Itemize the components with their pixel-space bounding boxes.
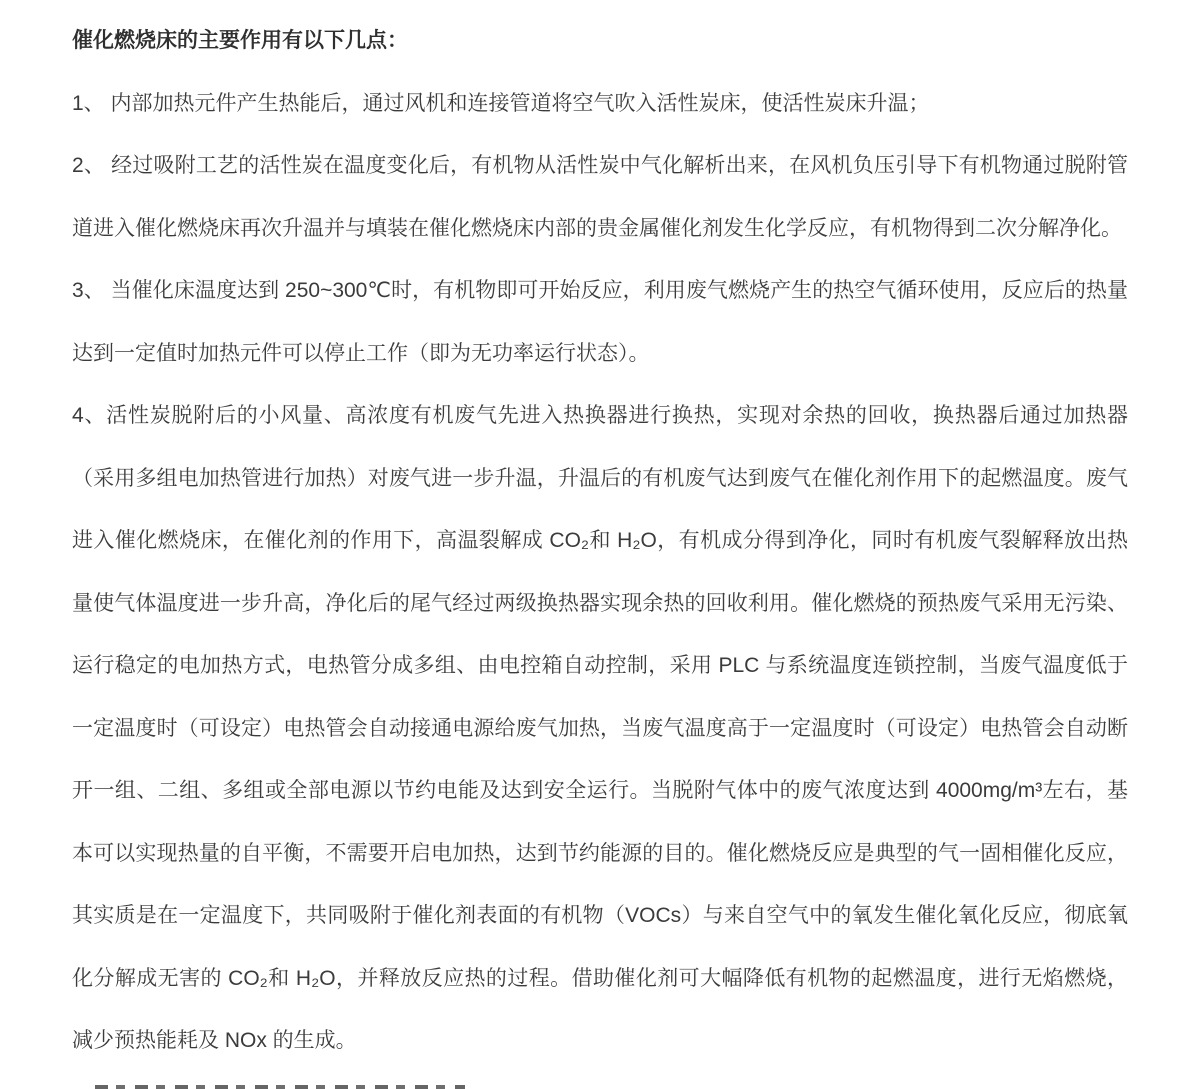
paragraph-item-4: 4、活性炭脱附后的小风量、高浓度有机废气先进入热换器进行换热，实现对余热的回收，… [72, 385, 1128, 1073]
document-title: 催化燃烧床的主要作用有以下几点： [72, 10, 1128, 73]
document-page: 催化燃烧床的主要作用有以下几点： 1、 内部加热元件产生热能后，通过风机和连接管… [0, 0, 1200, 1089]
cutoff-next-line-fragment [95, 1085, 465, 1089]
paragraph-item-1: 1、 内部加热元件产生热能后，通过风机和连接管道将空气吹入活性炭床，使活性炭床升… [72, 73, 1128, 136]
paragraph-item-2: 2、 经过吸附工艺的活性炭在温度变化后，有机物从活性炭中气化解析出来，在风机负压… [72, 135, 1128, 260]
paragraph-item-3: 3、 当催化床温度达到 250~300℃时，有机物即可开始反应，利用废气燃烧产生… [72, 260, 1128, 385]
